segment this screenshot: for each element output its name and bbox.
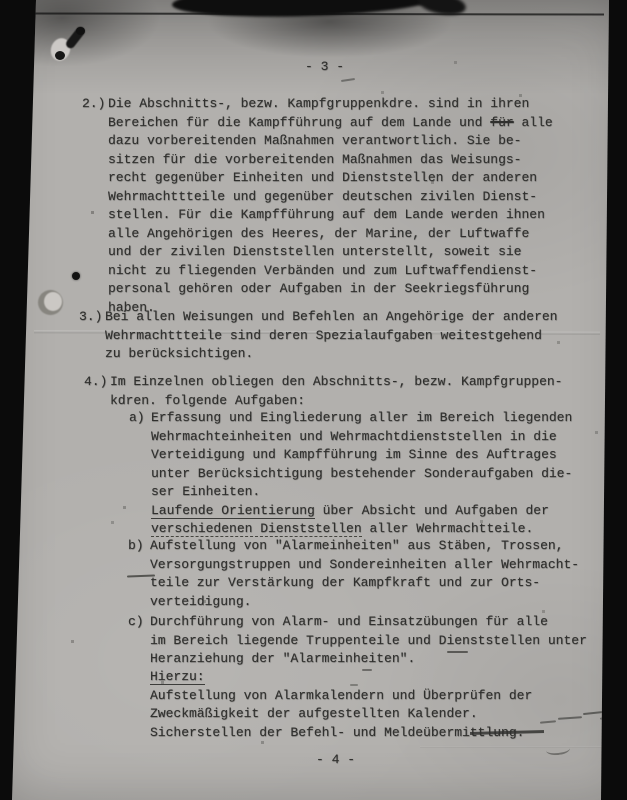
underlined-phrase: Laufende Orientierung bbox=[151, 503, 315, 519]
text-line: Aufstellung von "Alarmeinheiten" aus Stä… bbox=[150, 537, 627, 556]
text-line: Wehrmachttteile und gegenüber deutschen … bbox=[108, 188, 588, 207]
list-item-c: c) Durchführung von Alarm- und Einsatzüb… bbox=[150, 613, 627, 669]
smudge-mark bbox=[341, 78, 355, 82]
text-line: Erfassung und Eingliederung aller im Ber… bbox=[151, 409, 627, 428]
text-line: Laufende Orientierung über Absicht und A… bbox=[151, 502, 627, 521]
text-line: dazu vorbereitenden Maßnahmen verantwort… bbox=[108, 132, 588, 151]
item-a-marker: a) bbox=[129, 409, 145, 428]
paragraph-2-number: 2.) bbox=[82, 95, 105, 114]
paragraph-4: 4.) Im Einzelnen obliegen den Abschnitts… bbox=[110, 373, 590, 410]
text-line: recht gegenüber Einheiten und Dienststel… bbox=[108, 169, 588, 188]
text-line: Im Einzelnen obliegen den Abschnitts-, b… bbox=[110, 373, 590, 392]
paragraph-2: 2.) Die Abschnitts-, bezw. Kampfgruppenk… bbox=[108, 95, 588, 317]
text-line: nicht zu fliegenden Verbänden und zum Lu… bbox=[108, 262, 588, 281]
fold-crease-faint bbox=[420, 746, 620, 748]
text-line: personal gehören oder Aufgaben in der Se… bbox=[108, 280, 588, 299]
list-item-b: b) Aufstellung von "Alarmeinheiten" aus … bbox=[150, 537, 627, 611]
paragraph-3: 3.) Bei allen Weisungen und Befehlen an … bbox=[105, 308, 585, 364]
paper-specks bbox=[0, 0, 1, 1]
text-line: verteidigung. bbox=[150, 593, 627, 612]
hierzu-block: Hierzu: Aufstellung von Alarmkalendern u… bbox=[150, 668, 627, 742]
text-line: verschiedenen Dienststellen aller Wehrma… bbox=[151, 520, 627, 539]
underlined-heading: Hierzu: bbox=[150, 669, 205, 685]
struck-word: für bbox=[490, 115, 513, 130]
text-line: Verteidigung und Kampfführung im Sinne d… bbox=[151, 446, 627, 465]
text-line: ser Einheiten. bbox=[151, 483, 627, 502]
staple-dot bbox=[76, 27, 85, 35]
text-line: Zweckmäßigkeit der aufgestellten Kalende… bbox=[150, 705, 627, 724]
text-line: Heranziehung der "Alarmeinheiten". bbox=[150, 650, 627, 669]
footer-page-number: - 4 - bbox=[316, 752, 355, 767]
text-line: Wehrmachttteile sind deren Spezialaufgab… bbox=[105, 327, 585, 346]
scan-shadow-blob bbox=[172, 0, 445, 21]
text-line: Aufstellung von Alarmkalendern und Überp… bbox=[150, 687, 627, 706]
text-line: und der zivilen Dienststellen unterstell… bbox=[108, 243, 588, 262]
pencil-scribble bbox=[600, 718, 614, 721]
text-line: alle Angehörigen des Heeres, der Marine,… bbox=[108, 225, 588, 244]
scanned-document-page: - 3 - 2.) Die Abschnitts-, bezw. Kampfgr… bbox=[0, 0, 627, 800]
scan-shadow-blob-small bbox=[417, 0, 468, 18]
staple-dot bbox=[55, 51, 65, 60]
list-item-a: a) Erfassung und Eingliederung aller im … bbox=[151, 409, 627, 539]
ink-spot bbox=[72, 272, 80, 280]
paper-sheet: - 3 - 2.) Die Abschnitts-, bezw. Kampfgr… bbox=[0, 0, 627, 800]
text-line: Versorgungstruppen und Sondereinheiten a… bbox=[150, 556, 627, 575]
text-line: Hierzu: bbox=[150, 668, 627, 687]
pencil-curve-mark bbox=[545, 743, 570, 756]
punch-hole-impression bbox=[38, 290, 63, 315]
text-line: im Bereich liegende Truppenteile und Die… bbox=[150, 632, 627, 651]
text-line: unter Berücksichtigung bestehender Sonde… bbox=[151, 465, 627, 484]
dash-underlined-phrase: verschiedenen Dienststellen bbox=[151, 521, 362, 537]
text-line: Die Abschnitts-, bezw. Kampfgruppenkdre.… bbox=[108, 95, 588, 114]
text-line: teile zur Verstärkung der Kampfkraft und… bbox=[150, 574, 627, 593]
text-line: Wehrmachteinheiten und Wehrmachtdienstst… bbox=[151, 428, 627, 447]
text-line: Bei allen Weisungen und Befehlen an Ange… bbox=[105, 308, 585, 327]
paragraph-3-number: 3.) bbox=[79, 308, 102, 327]
paragraph-4-number: 4.) bbox=[84, 373, 107, 392]
header-page-number: - 3 - bbox=[305, 59, 344, 74]
item-b-marker: b) bbox=[128, 537, 144, 556]
item-c-marker: c) bbox=[128, 613, 144, 632]
text-line: Durchführung von Alarm- und Einsatzübung… bbox=[150, 613, 627, 632]
text-line: zu berücksichtigen. bbox=[105, 345, 585, 364]
text-line: Bereichen für die Kampfführung auf dem L… bbox=[108, 114, 588, 133]
text-line: kdren. folgende Aufgaben: bbox=[110, 392, 590, 411]
text-line: Sicherstellen der Befehl- und Meldeüberm… bbox=[150, 724, 627, 743]
text-line: sitzen für die vorbereitenden Maßnahmen … bbox=[108, 151, 588, 170]
text-line: stellen. Für die Kampfführung auf dem La… bbox=[108, 206, 588, 225]
